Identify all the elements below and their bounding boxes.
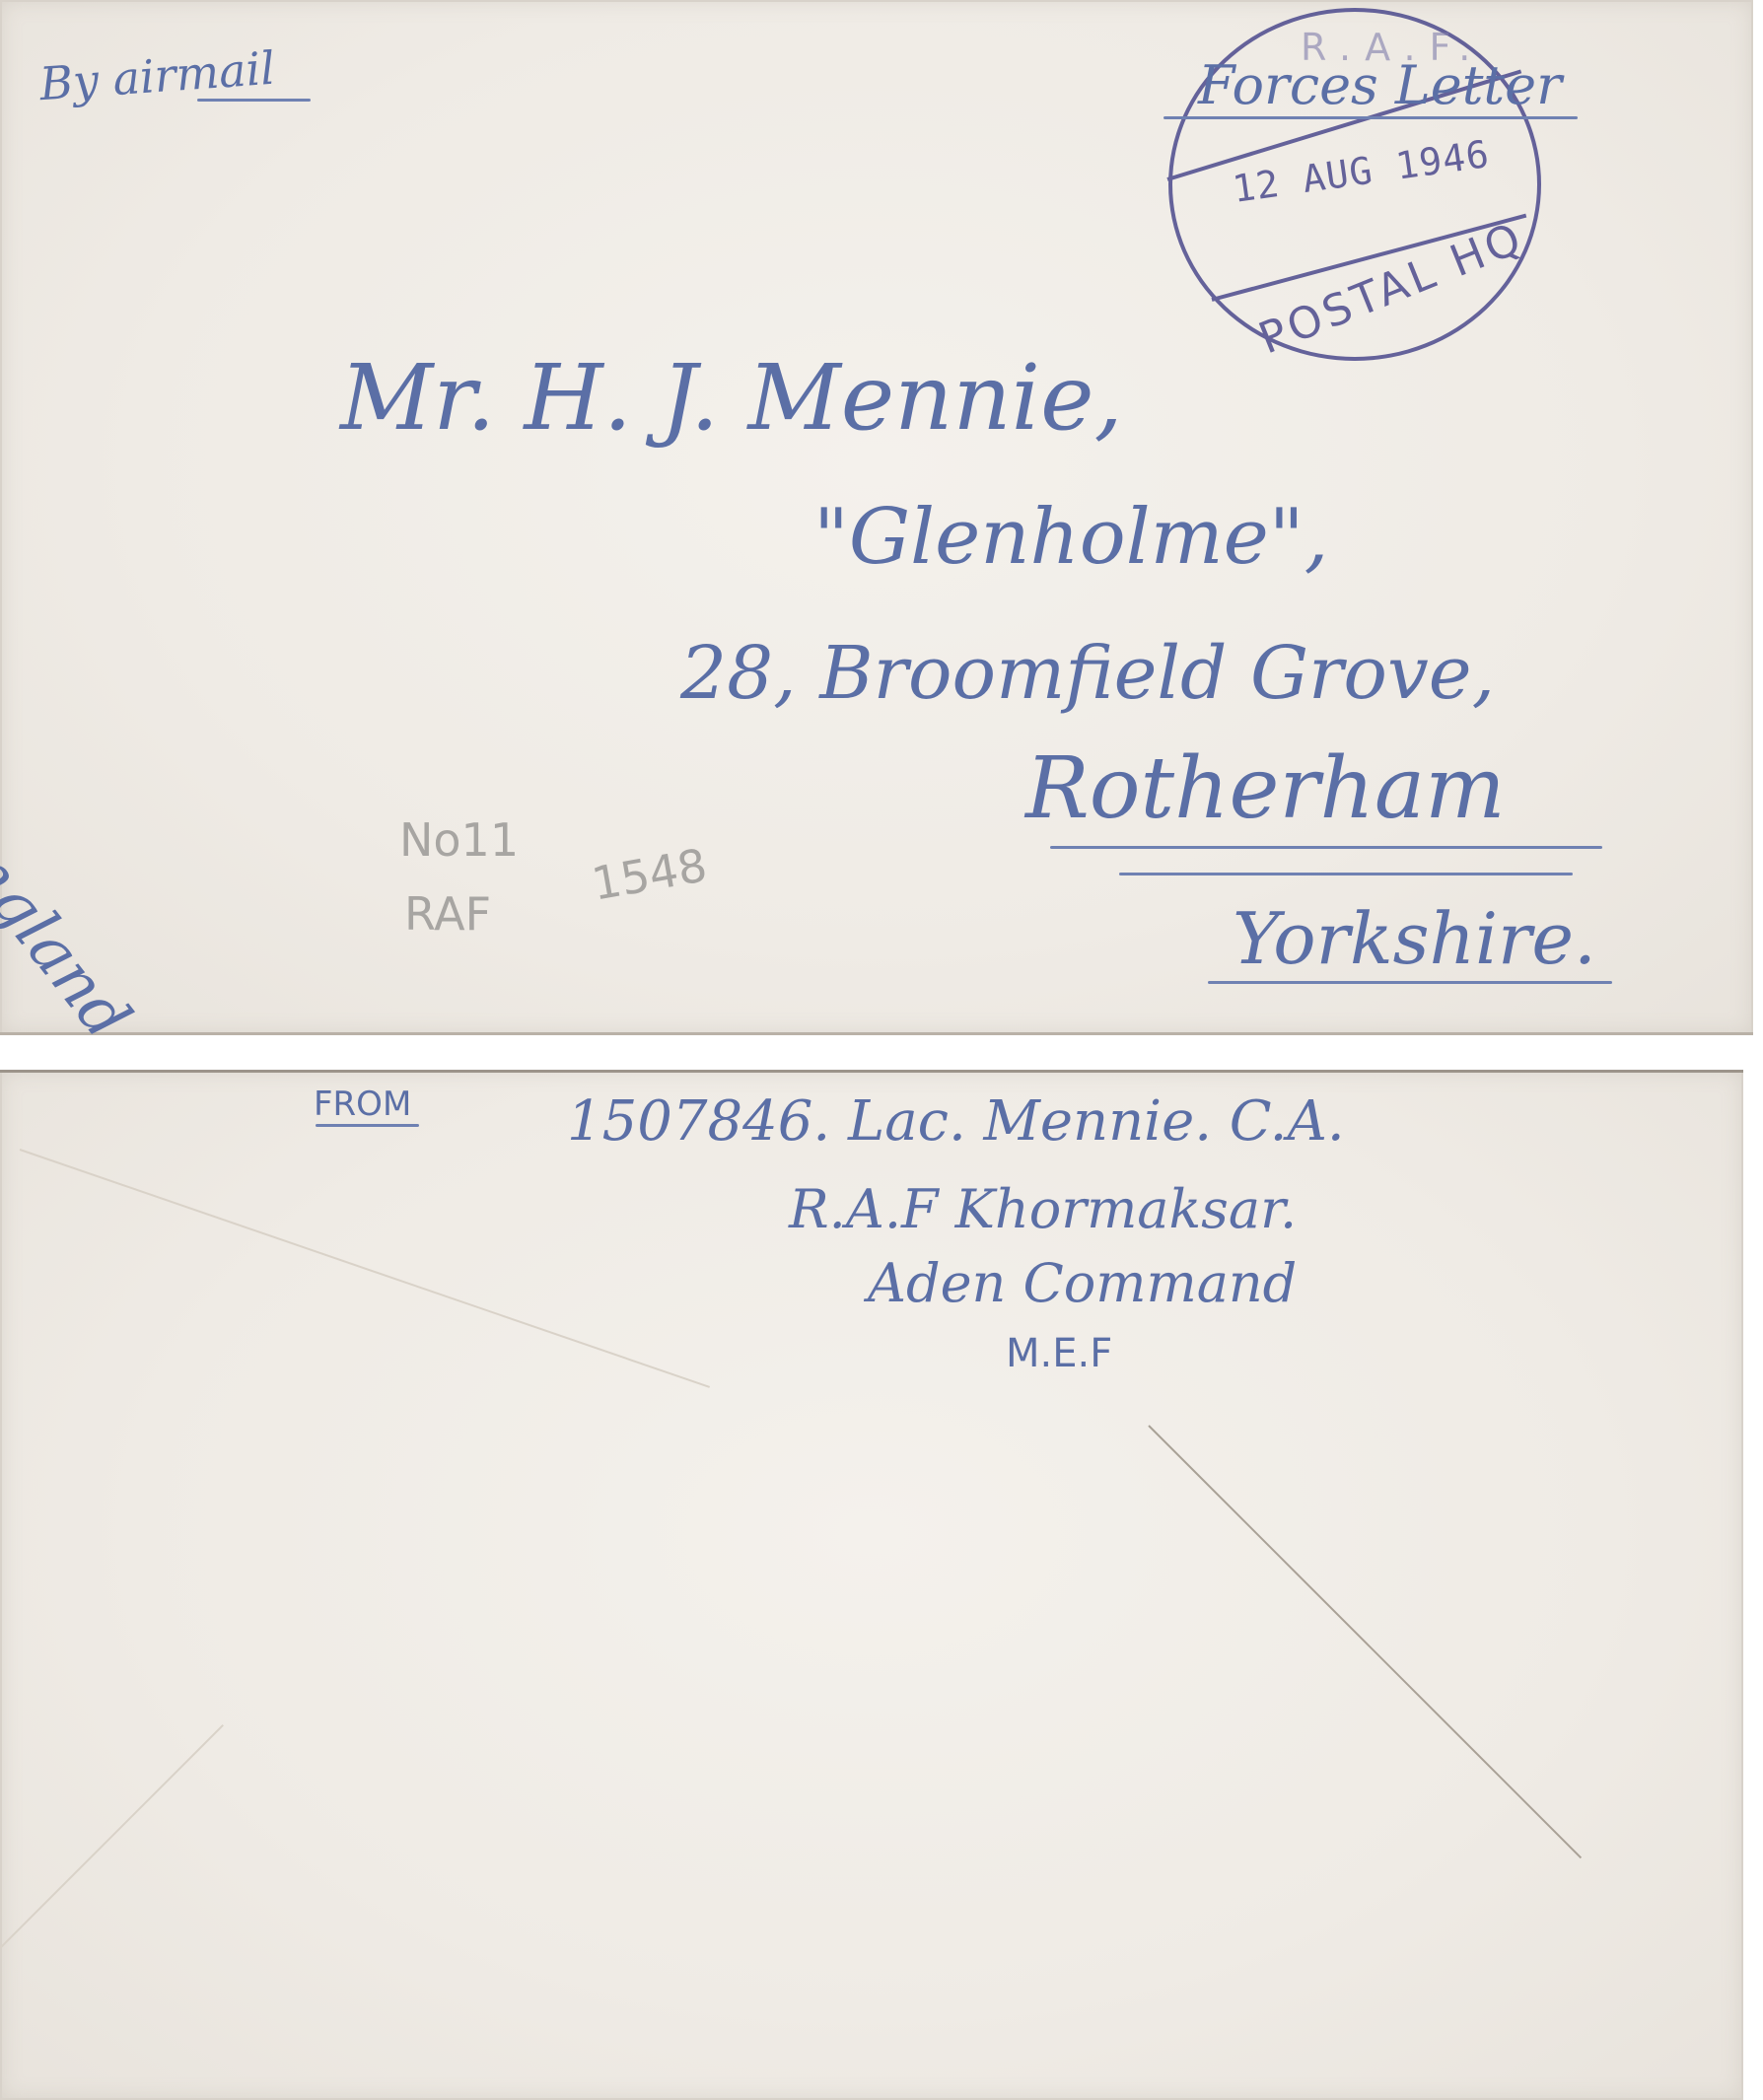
airmail-underline — [197, 99, 311, 102]
county-underline — [1208, 981, 1612, 984]
recipient-street: 28, Broomfield Grove, — [680, 631, 1495, 716]
country-note: England — [0, 799, 144, 1053]
pencil-note-line1: No11 — [399, 813, 519, 867]
town-underline — [1050, 846, 1602, 849]
from-label: FROM — [314, 1085, 411, 1124]
flap-crease — [20, 1149, 710, 1388]
recipient-town: Rotherham — [1025, 739, 1506, 838]
sender-line2: R.A.F Khormaksar. — [789, 1178, 1297, 1240]
postmark-bottom-text: POSTAL HQ — [1252, 212, 1531, 364]
flap-crease — [0, 1724, 224, 1949]
pencil-note-line2: RAF — [404, 887, 491, 941]
forces-letter-note: Forces Letter — [1198, 54, 1562, 116]
envelope-edge — [0, 1070, 1743, 1073]
pencil-note-number: 1548 — [588, 838, 711, 911]
envelope-back: FROM 1507846. Lac. Mennie. C.A. R.A.F Kh… — [0, 1070, 1743, 2100]
flap-crease — [1148, 1425, 1582, 1858]
sender-line4: M.E.F — [1006, 1331, 1112, 1376]
envelope-front: By airmail R.A.F. 12 AUG 1946 POSTAL HQ … — [0, 0, 1753, 1035]
sender-line1: 1507846. Lac. Mennie. C.A. — [567, 1089, 1345, 1154]
postmark-date: 12 AUG 1946 — [1230, 132, 1492, 211]
forces-underline — [1164, 116, 1578, 119]
recipient-county: Yorkshire. — [1233, 897, 1596, 980]
envelope-edge — [0, 1032, 1753, 1035]
from-underline — [316, 1124, 419, 1127]
recipient-house: "Glenholme", — [813, 493, 1328, 582]
town-underline — [1119, 873, 1573, 875]
recipient-name: Mr. H. J. Mennie, — [340, 345, 1123, 451]
sender-line3: Aden Command — [868, 1252, 1297, 1314]
